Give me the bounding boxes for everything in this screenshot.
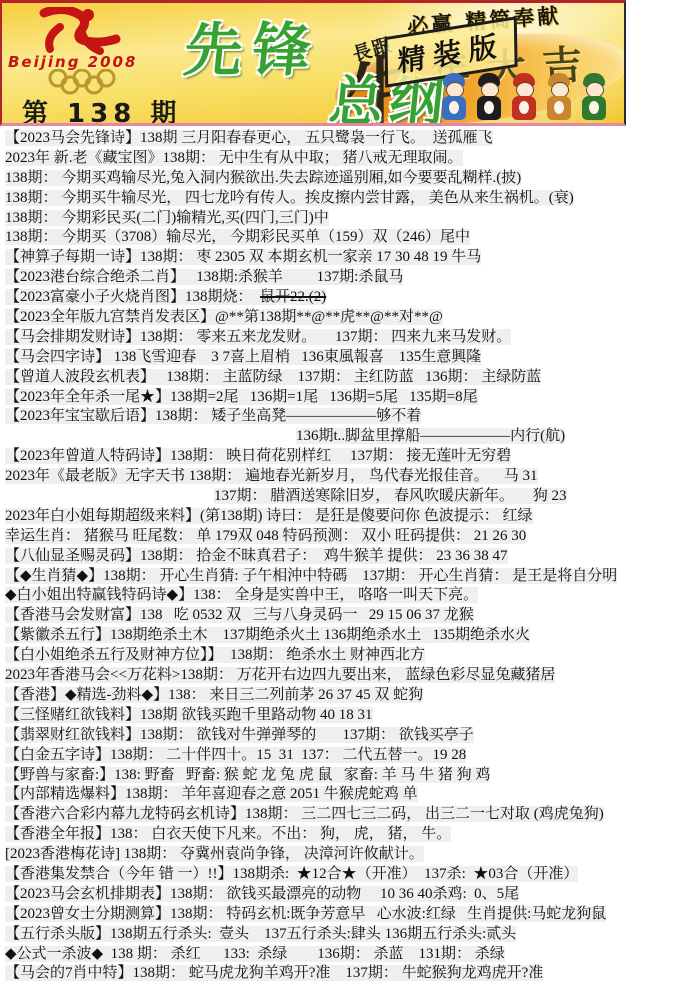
text-line-content: 【香港集发禁合（今年 错 一）!!】138期杀: ★12合★（开准） 137杀:… <box>5 866 578 882</box>
text-line-content: 【2023全年版九宫禁肖发表区】@**第138期**@**虎**@**对**@ <box>5 309 443 325</box>
text-line-content: 【白小姐绝杀五行及财神方位】】 138期： 绝杀水土 财神西北方 <box>5 647 425 663</box>
text-line: 【神算子每期一诗】138期： 枣 2305 双 本期玄机一家亲 17 30 48… <box>0 248 700 268</box>
text-line-content: [2023香港梅花诗] 138期： 夺冀州袁尚争锋， 决漳河许攸献计。 <box>5 846 424 862</box>
text-line: 138期： 今期彩民买(二门)输精光,买(四门,三门)中 <box>0 209 700 229</box>
text-line: ◆白小姐出特赢钱特码诗◆】138： 全身是实兽中王， 咯咯一叫天下亮。 <box>0 586 700 606</box>
text-line: 【白金五字诗】138期： 二十伴四十。15 31 137： 二代五替一。19 2… <box>0 746 700 766</box>
text-line: 2023年《最老版》无字天书 138期： 遍地春光新岁月， 鸟代春光报佳音。 马… <box>0 467 700 487</box>
text-line: 【曾道人波段玄机表】 138期： 主蓝防绿 137期： 主红防蓝 136期： 主… <box>0 368 700 388</box>
text-line: 【2023年曾道人特码诗】138期： 映日荷花别样红 137期： 接无莲叶无穷碧 <box>0 447 700 467</box>
fuwa-mascots-row <box>440 73 608 121</box>
text-line: 【紫徽杀五行】138期绝杀土木 137期绝杀火土 136期绝杀水土 135期绝杀… <box>0 626 700 646</box>
text-line-content: ◆白小姐出特赢钱特码诗◆】138： 全身是实兽中王， 咯咯一叫天下亮。 <box>5 587 478 603</box>
text-line: 138期： 今期买鸡输尽光,兔入洞内猴欲出.失去踪迹遥别厢,如今要要乱糊样.(披… <box>0 169 700 189</box>
text-line: 【◆生肖猜◆】138期： 开心生肖猜: 子午相沖中特碼 137期： 开心生肖猜：… <box>0 567 700 587</box>
text-line-content: 【内部精选爆料】138期： 羊年喜迎春之意 2051 牛猴虎蛇鸡 单 <box>5 786 418 802</box>
text-line-content: 【白金五字诗】138期： 二十伴四十。15 31 137： 二代五替一。19 2… <box>5 747 466 763</box>
text-line: 【2023马会玄机排期表】138期： 欲钱买最漂亮的动物 10 36 40杀鸡:… <box>0 885 700 905</box>
text-line: 137期： 腊酒送寒除旧岁， 春风吹暖庆新年。 狗 23 <box>0 487 700 507</box>
fuwa-mascot-icon <box>545 73 573 121</box>
text-line-content: 【2023富豪小子火烧肖图】138期烧： 鼠开22.(2) <box>5 289 326 305</box>
text-line: 【香港全年报】138： 白衣天使下凡来。不出： 狗， 虎， 猪， 牛。 <box>0 825 700 845</box>
text-line: 【马会四字诗】 138飞雪迎春 3 7喜上眉梢 136東風報喜 135生意興隆 <box>0 348 700 368</box>
olympic-rings-icon <box>44 69 164 95</box>
text-line-content: 2023年香港马会<<万花料>138期： 万花开右边四九要出来， 蓝绿色彩尽显兔… <box>5 667 555 683</box>
tipsheet-body: 【2023马会先锋诗】138期 三月阳春春更心， 五只鹭袅一行飞。 送孤雁飞20… <box>0 126 700 987</box>
text-line: 【马会的7肖中特】138期： 蛇马虎龙狗羊鸡开?准 137期： 牛蛇猴狗龙鸡虎开… <box>0 964 700 984</box>
text-line-content: 【马会排期发财诗】138期： 零来五来龙发财。 137期： 四来九来马发财。 <box>5 329 511 345</box>
text-line-content: 138期： 今期买牛输尽光， 四七龙吟有传人。挨皮擦内尝甘露， 美色从来生祸机。… <box>5 190 574 206</box>
text-line-content: 【翡翠财红欲钱料】138期： 欲钱对牛弹弹琴的 137期： 欲钱买亭子 <box>5 727 474 743</box>
fuwa-mascot-icon <box>510 73 538 121</box>
text-line-content: 【五行杀头版】138期五行杀头: 壹头 137五行杀头:肆头 136期五行杀头:… <box>5 926 516 942</box>
text-line-content: 幸运生肖： 猪猴马 旺尾数： 单 179双 048 特码预测： 双小 旺码提供：… <box>5 528 526 544</box>
struck-text: 鼠开22.(2) <box>260 289 326 305</box>
text-line: 【香港集发禁合（今年 错 一）!!】138期杀: ★12合★（开准） 137杀:… <box>0 865 700 885</box>
fuwa-mascot-icon <box>475 73 503 121</box>
text-line-content: 【马会四字诗】 138飞雪迎春 3 7喜上眉梢 136東風報喜 135生意興隆 <box>5 349 481 365</box>
text-line: ◆公式一杀波◆ 138 期： 杀红 133: 杀绿 136期： 杀蓝 131期：… <box>0 945 700 965</box>
text-line-content: 【◆生肖猜◆】138期： 开心生肖猜: 子午相沖中特碼 137期： 开心生肖猜：… <box>5 568 617 584</box>
text-line: 【白小姐绝杀五行及财神方位】】 138期： 绝杀水土 财神西北方 <box>0 646 700 666</box>
fuwa-mascot-icon <box>580 73 608 121</box>
text-line: 【2023富豪小子火烧肖图】138期烧： 鼠开22.(2) <box>0 288 700 308</box>
text-line: 【2023年全年杀一尾★】138期=2尾 136期=1尾 136期=5尾 135… <box>0 388 700 408</box>
text-line-content: 136期t..脚盆里撑船——————内行(航) <box>296 428 565 444</box>
text-line-content: 2023年 新.老《藏宝图》138期： 无中生有从中取； 猪八戒无理取闹。 <box>5 150 463 166</box>
text-line: 【内部精选爆料】138期： 羊年喜迎春之意 2051 牛猴虎蛇鸡 单 <box>0 785 700 805</box>
text-line: 幸运生肖： 猪猴马 旺尾数： 单 179双 048 特码预测： 双小 旺码提供：… <box>0 527 700 547</box>
text-line-content: 【马会的7肖中特】138期： 蛇马虎龙狗羊鸡开?准 137期： 牛蛇猴狗龙鸡虎开… <box>5 965 543 981</box>
text-line: 【香港六合彩内幕九龙特码玄机诗】138期： 三二四七三二码， 出三二一七对取 (… <box>0 805 700 825</box>
text-line-content: 138期： 今期买鸡输尽光,兔入洞内猴欲出.失去踪迹遥别厢,如今要要乱糊样.(披… <box>5 170 521 186</box>
text-line-content: 【2023年宝宝歇后语】138期： 矮子坐高凳——————够不着 <box>5 408 421 424</box>
text-line-content: 【2023港台综合绝杀二肖】 138期:杀猴羊 137期:杀鼠马 <box>5 269 403 285</box>
text-line: 【马会排期发财诗】138期： 零来五来龙发财。 137期： 四来九来马发财。 <box>0 328 700 348</box>
text-line-content: 【三怪赌红欲钱料】138期 欲钱买跑千里路动物 40 18 31 <box>5 707 373 723</box>
beijing-2008-seal-icon <box>30 7 134 55</box>
issue-number: 第 138 期 <box>22 93 181 126</box>
text-line: 2023年香港马会<<万花料>138期： 万花开右边四九要出来， 蓝绿色彩尽显兔… <box>0 666 700 686</box>
text-line-content: 【2023马会先锋诗】138期 三月阳春春更心， 五只鹭袅一行飞。 送孤雁飞 <box>5 130 493 146</box>
text-line-content: 【野兽与家畜:】138: 野畜 野畜: 猴 蛇 龙 兔 虎 鼠 家畜: 羊 马 … <box>5 767 490 783</box>
text-line-content: 【2023年曾道人特码诗】138期： 映日荷花别样红 137期： 接无莲叶无穷碧 <box>5 448 511 464</box>
text-line: [2023香港梅花诗] 138期： 夺冀州袁尚争锋， 决漳河许攸献计。 <box>0 845 700 865</box>
text-line-content: 2023年白小姐每期超级来料】(第138期) 诗曰： 是狂是傻要问你 色波提示：… <box>5 508 533 524</box>
text-line: 【2023曾女士分期测算】138期： 特码玄机:既争芳意早 心水波:红绿 生肖提… <box>0 905 700 925</box>
text-line-content: 【紫徽杀五行】138期绝杀土木 137期绝杀火土 136期绝杀水土 135期绝杀… <box>5 627 530 643</box>
text-line-content: 【香港】◆精选-劲料◆】138： 来日三二列前茅 26 37 45 双 蛇狗 <box>5 687 423 703</box>
text-line: 【三怪赌红欲钱料】138期 欲钱买跑千里路动物 40 18 31 <box>0 706 700 726</box>
text-line-content: 【2023马会玄机排期表】138期： 欲钱买最漂亮的动物 10 36 40杀鸡:… <box>5 886 519 902</box>
text-line-content: 【2023曾女士分期测算】138期： 特码玄机:既争芳意早 心水波:红绿 生肖提… <box>5 906 606 922</box>
text-line-content: 137期： 腊酒送寒除旧岁， 春风吹暖庆新年。 狗 23 <box>214 488 567 504</box>
text-line: 【2023马会先锋诗】138期 三月阳春春更心， 五只鹭袅一行飞。 送孤雁飞 <box>0 129 700 149</box>
masthead-title-top: 先锋 <box>181 3 326 87</box>
text-line-content: 138期： 今期彩民买(二门)输精光,买(四门,三门)中 <box>5 210 329 226</box>
text-line: 【2023港台综合绝杀二肖】 138期:杀猴羊 137期:杀鼠马 <box>0 268 700 288</box>
text-line: 【八仙显圣赐灵码】138期： 拾金不昧真君子： 鸡牛猴羊 提供： 23 36 3… <box>0 547 700 567</box>
tipsheet-page: Beijing 2008 第 138 期 長跟 牛 年大吉 必赢 精简奉献 先锋… <box>0 0 700 987</box>
text-line: 2023年白小姐每期超级来料】(第138期) 诗曰： 是狂是傻要问你 色波提示：… <box>0 507 700 527</box>
text-line: 2023年 新.老《藏宝图》138期： 无中生有从中取； 猪八戒无理取闹。 <box>0 149 700 169</box>
text-line-content: 【香港全年报】138： 白衣天使下凡来。不出： 狗， 虎， 猪， 牛。 <box>5 826 451 842</box>
text-line-content: 【香港马会发财富】138 吃 0532 双 三与八身灵码一 29 15 06 3… <box>5 607 474 623</box>
fuwa-mascot-icon <box>440 73 468 121</box>
text-line-content: 【八仙显圣赐灵码】138期： 拾金不昧真君子： 鸡牛猴羊 提供： 23 36 3… <box>5 548 508 564</box>
text-line: 138期： 今期买牛输尽光， 四七龙吟有传人。挨皮擦内尝甘露， 美色从来生祸机。… <box>0 189 700 209</box>
text-line: 136期t..脚盆里撑船——————内行(航) <box>0 427 700 447</box>
text-line-content: ◆公式一杀波◆ 138 期： 杀红 133: 杀绿 136期： 杀蓝 131期：… <box>5 946 505 962</box>
text-line-content: 【曾道人波段玄机表】 138期： 主蓝防绿 137期： 主红防蓝 136期： 主… <box>5 369 541 385</box>
text-line-content: 2023年《最老版》无字天书 138期： 遍地春光新岁月， 鸟代春光报佳音。 马… <box>5 468 538 484</box>
text-line: 【五行杀头版】138期五行杀头: 壹头 137五行杀头:肆头 136期五行杀头:… <box>0 925 700 945</box>
text-line-content: 【2023年全年杀一尾★】138期=2尾 136期=1尾 136期=5尾 135… <box>5 389 478 405</box>
text-line: 138期： 今期买（3708）输尽光， 今期彩民买单（159）双（246）尾中 <box>0 228 700 248</box>
text-line: 【香港】◆精选-劲料◆】138： 来日三二列前茅 26 37 45 双 蛇狗 <box>0 686 700 706</box>
text-line: 【2023全年版九宫禁肖发表区】@**第138期**@**虎**@**对**@ <box>0 308 700 328</box>
text-line-content: 138期： 今期买（3708）输尽光， 今期彩民买单（159）双（246）尾中 <box>5 229 470 245</box>
text-line: 【翡翠财红欲钱料】138期： 欲钱对牛弹弹琴的 137期： 欲钱买亭子 <box>0 726 700 746</box>
text-line: 【香港马会发财富】138 吃 0532 双 三与八身灵码一 29 15 06 3… <box>0 606 700 626</box>
text-line-content: 【香港六合彩内幕九龙特码玄机诗】138期： 三二四七三二码， 出三二一七对取 (… <box>5 806 604 822</box>
text-line: 【野兽与家畜:】138: 野畜 野畜: 猴 蛇 龙 兔 虎 鼠 家畜: 羊 马 … <box>0 766 700 786</box>
text-line: 【2023年宝宝歇后语】138期： 矮子坐高凳——————够不着 <box>0 407 700 427</box>
masthead-banner: Beijing 2008 第 138 期 長跟 牛 年大吉 必赢 精简奉献 先锋… <box>0 0 626 126</box>
text-line-content: 【神算子每期一诗】138期： 枣 2305 双 本期玄机一家亲 17 30 48… <box>5 249 481 265</box>
